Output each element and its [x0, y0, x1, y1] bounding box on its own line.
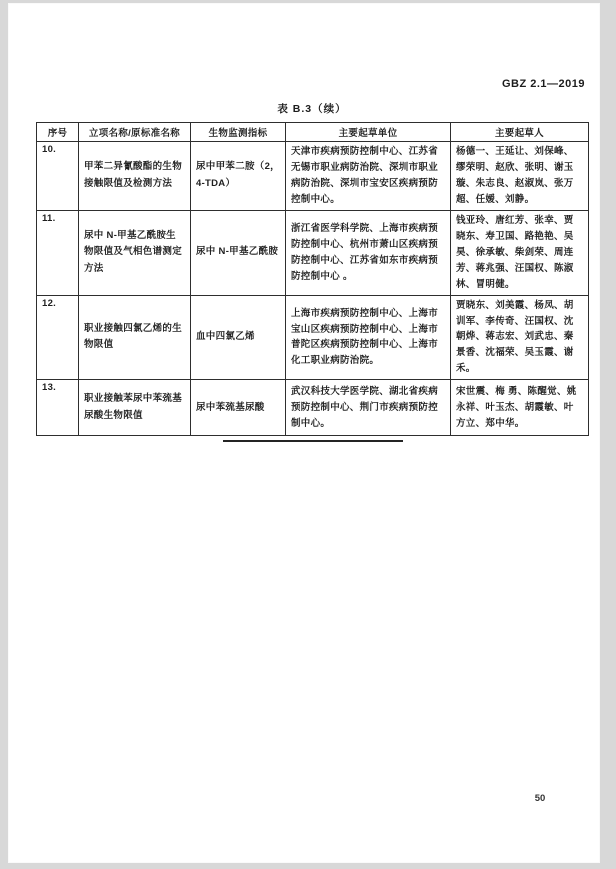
cell-project-name: 职业接触四氯乙烯的生物限值 [79, 295, 191, 380]
page-number: 50 [525, 793, 555, 804]
end-of-document-divider [223, 440, 403, 442]
drafting-units-table: 序号 立项名称/原标准名称 生物监测指标 主要起草单位 主要起草人 10. 甲苯… [36, 122, 589, 436]
cell-serial: 13. [37, 380, 79, 436]
cell-drafting-org: 上海市疾病预防控制中心、上海市宝山区疾病预防控制中心、上海市普陀区疾病预防控制中… [286, 295, 451, 380]
cell-drafting-org: 武汉科技大学医学院、湖北省疾病预防控制中心、荆门市疾病预防控制中心。 [286, 380, 451, 436]
table-header-row: 序号 立项名称/原标准名称 生物监测指标 主要起草单位 主要起草人 [37, 123, 589, 142]
table-row: 12. 职业接触四氯乙烯的生物限值 血中四氯乙烯 上海市疾病预防控制中心、上海市… [37, 295, 589, 380]
cell-drafting-org: 天津市疾病预防控制中心、江苏省无锡市职业病防治院、深圳市职业病防治院、深圳市宝安… [286, 142, 451, 211]
cell-project-name: 尿中 N-甲基乙酰胺生物限值及气相色谱测定方法 [79, 210, 191, 295]
cell-project-name: 职业接触苯尿中苯巯基尿酸生物限值 [79, 380, 191, 436]
cell-bio-indicator: 血中四氯乙烯 [191, 295, 286, 380]
col-header-drafting-org: 主要起草单位 [286, 123, 451, 142]
cell-serial: 12. [37, 295, 79, 380]
cell-bio-indicator: 尿中甲苯二胺（2，4-TDA） [191, 142, 286, 211]
cell-drafting-org: 浙江省医学科学院、上海市疾病预防控制中心、杭州市萧山区疾病预防控制中心、江苏省如… [286, 210, 451, 295]
cell-project-name: 甲苯二异氰酸酯的生物接触限值及检测方法 [79, 142, 191, 211]
table-row: 13. 职业接触苯尿中苯巯基尿酸生物限值 尿中苯巯基尿酸 武汉科技大学医学院、湖… [37, 380, 589, 436]
table-row: 11. 尿中 N-甲基乙酰胺生物限值及气相色谱测定方法 尿中 N-甲基乙酰胺 浙… [37, 210, 589, 295]
table-row: 10. 甲苯二异氰酸酯的生物接触限值及检测方法 尿中甲苯二胺（2，4-TDA） … [37, 142, 589, 211]
cell-bio-indicator: 尿中 N-甲基乙酰胺 [191, 210, 286, 295]
cell-drafters: 宋世震、梅 勇、陈醒觉、姚永祥、叶玉杰、胡霞敏、叶方立、郑中华。 [451, 380, 589, 436]
col-header-drafters: 主要起草人 [451, 123, 589, 142]
table-title: 表 B.3（续） [36, 101, 588, 116]
cell-drafters: 钱亚玲、唐红芳、张幸、贾晓东、寿卫国、路艳艳、吴昊、徐承敏、柴剑荣、周连芳、蒋兆… [451, 210, 589, 295]
cell-bio-indicator: 尿中苯巯基尿酸 [191, 380, 286, 436]
document-code: GBZ 2.1—2019 [0, 78, 585, 90]
col-header-project-name: 立项名称/原标准名称 [79, 123, 191, 142]
col-header-serial: 序号 [37, 123, 79, 142]
cell-drafters: 贾晓东、刘美霞、杨凤、胡训军、李传奇、汪国权、沈朝烨、蒋志宏、刘武忠、秦景香、沈… [451, 295, 589, 380]
cell-drafters: 杨德一、王延让、刘保峰、缪荣明、赵欣、张明、谢玉璇、朱志良、赵淑岚、张万超、任嫒… [451, 142, 589, 211]
cell-serial: 10. [37, 142, 79, 211]
col-header-bio-indicator: 生物监测指标 [191, 123, 286, 142]
cell-serial: 11. [37, 210, 79, 295]
